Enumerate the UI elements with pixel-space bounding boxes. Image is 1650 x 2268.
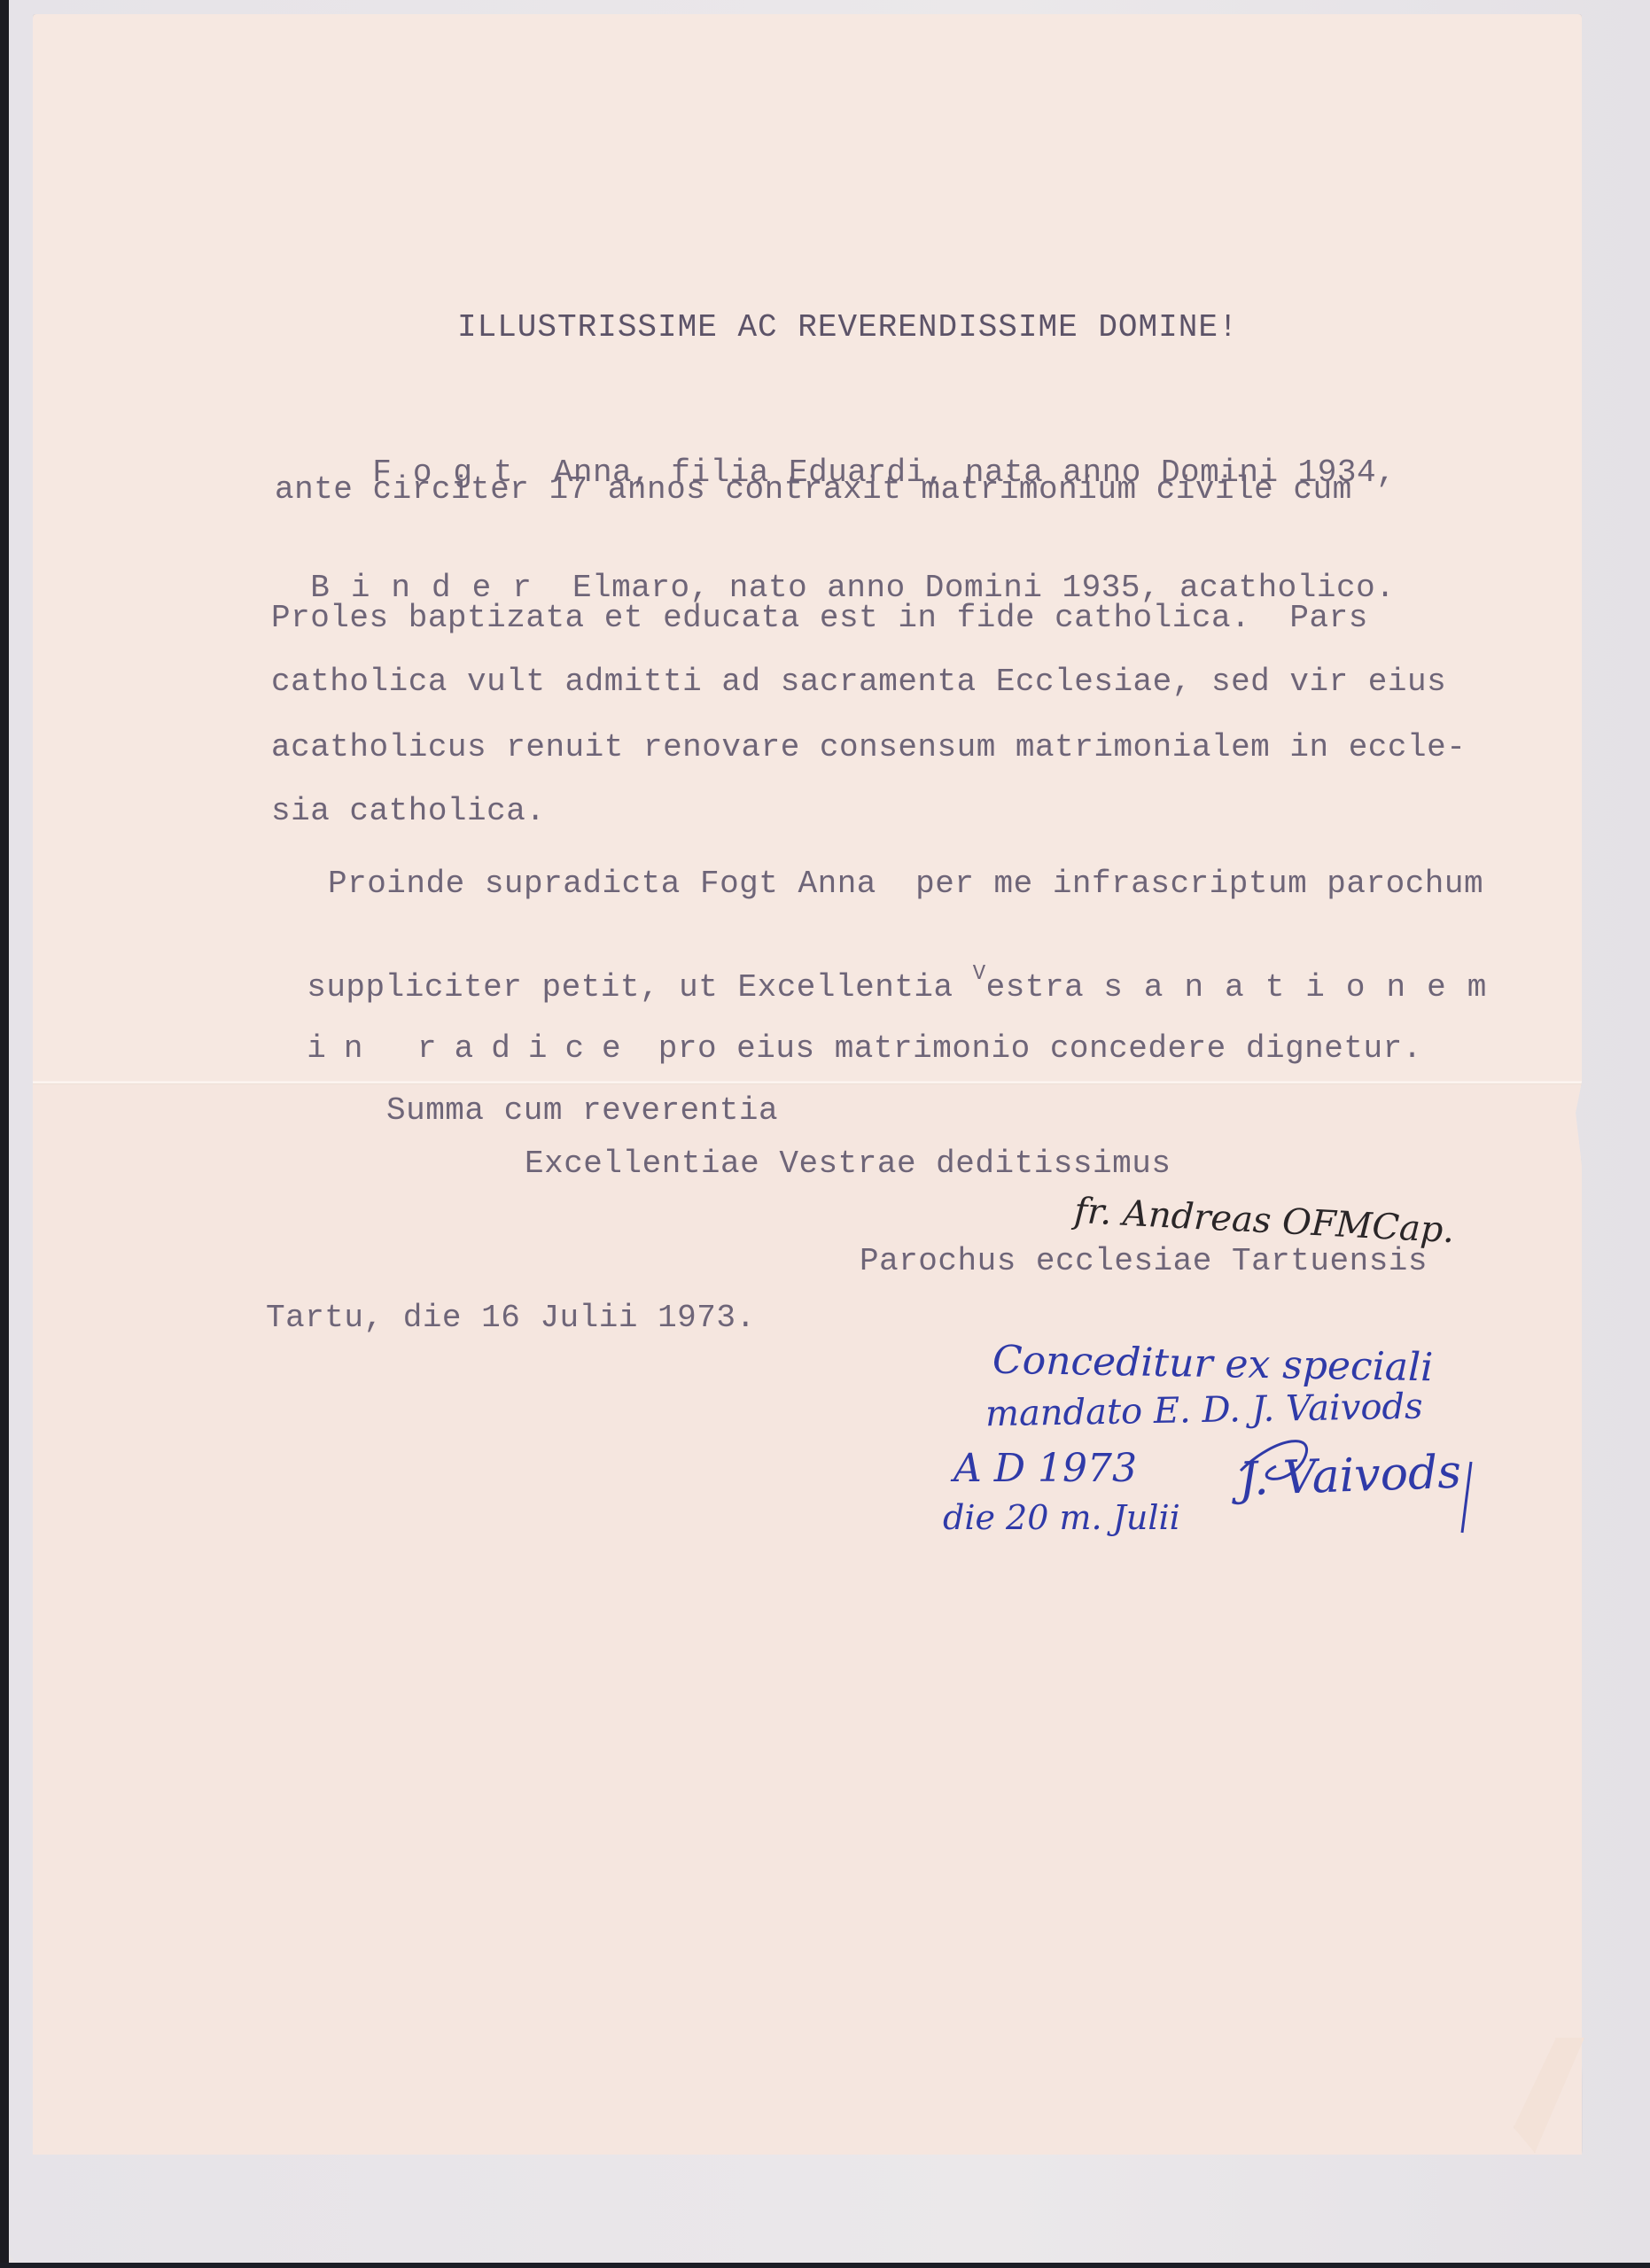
- scanner-edge: [0, 0, 9, 2268]
- paragraph-1-line-3: Binder Elmaro, nato anno Domini 1935, ac…: [271, 540, 1395, 604]
- paragraph-1-line-2: ante circiter 17 annos contraxit matrimo…: [275, 474, 1352, 506]
- spaced-sanationem: sanationem: [1103, 969, 1507, 1006]
- annotation-line-2: mandato E. D. J. Vaivods: [985, 1389, 1423, 1433]
- signature-title: Parochus ecclesiae Tartuensis: [860, 1246, 1428, 1278]
- annotation-line-4: die 20 m. Julii: [943, 1501, 1180, 1534]
- closing-line-2: Excellentiae Vestrae deditissimus: [525, 1148, 1171, 1180]
- scanner-edge: [0, 2263, 1650, 2268]
- fold-crease: [33, 1081, 1582, 1084]
- signature-flourish-icon: [1223, 1426, 1506, 1542]
- paragraph-1-line-4: Proles baptizata et educata est in fide …: [271, 602, 1368, 634]
- salutation-heading: ILLUSTRISSIME AC REVERENDISSIME DOMINE!: [457, 312, 1239, 344]
- closing-line-1: Summa cum reverentia: [386, 1095, 778, 1127]
- annotation-line-1: Conceditur ex speciali: [992, 1341, 1434, 1388]
- paragraph-1-line-5: catholica vult admitti ad sacramenta Ecc…: [271, 666, 1446, 698]
- superscript-v: V: [973, 962, 986, 986]
- place-date: Tartu, die 16 Julii 1973.: [266, 1302, 756, 1334]
- paragraph-2-line-1: Proinde supradicta Fogt Anna per me infr…: [328, 868, 1483, 900]
- paragraph-1-line-7: sia catholica.: [271, 796, 545, 827]
- paragraph-2-line-3: in radice pro eius matrimonio concedere …: [268, 1001, 1422, 1065]
- spaced-in-radice: in radice: [307, 1030, 638, 1067]
- annotation-line-3: A D 1973: [953, 1449, 1137, 1488]
- paragraph-2-line-2: suppliciter petit, ut Excellentia Vestra…: [268, 937, 1507, 1004]
- paragraph-1-line-6: acatholicus renuit renovare consensum ma…: [271, 732, 1466, 764]
